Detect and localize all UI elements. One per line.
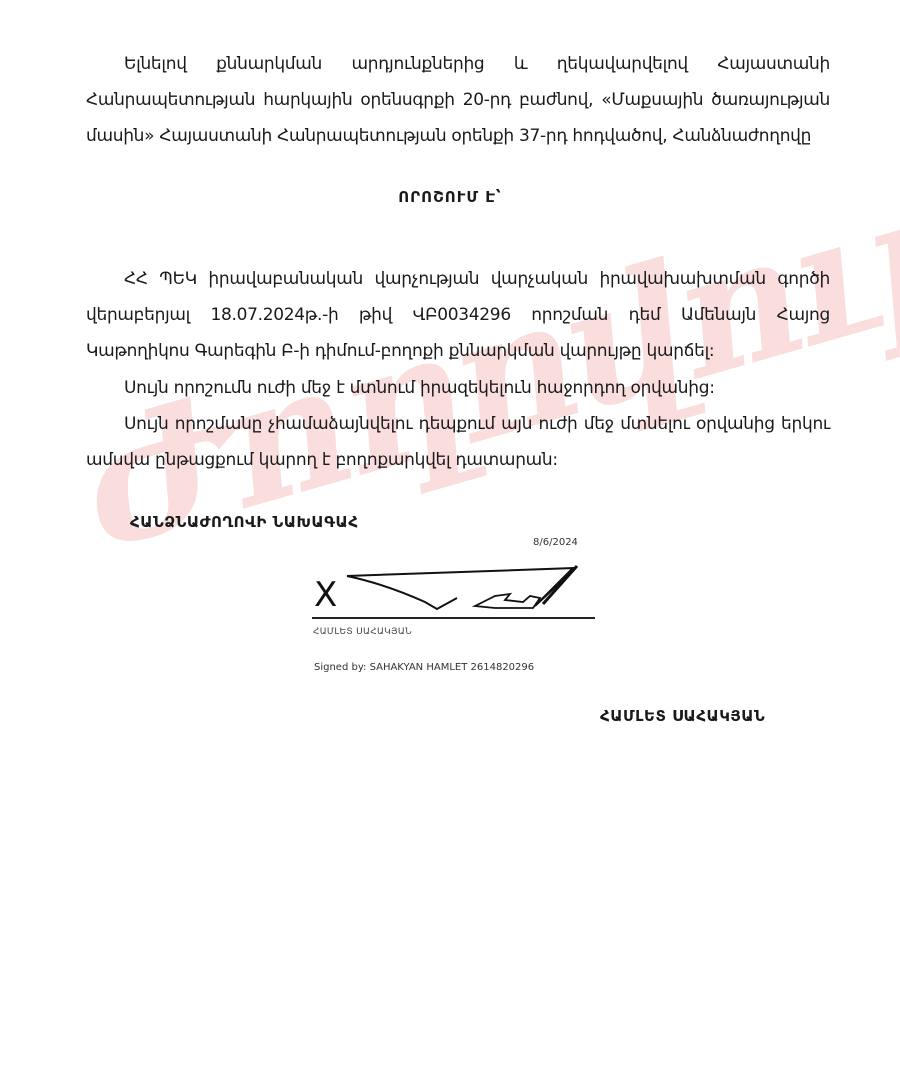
decision-paragraph-1: ՀՀ ՊԵԿ իրավաբանական վարչության վարչական … xyxy=(86,261,830,369)
signer-name: ՀԱՄԼԵՏ ՍԱՀԱԿՅԱՆ xyxy=(600,707,765,725)
signature-x-mark: X xyxy=(314,578,337,612)
chair-title: ՀԱՆՁՆԱԺՈՂՈՎԻ ՆԱԽԱԳԱՀ xyxy=(130,513,359,531)
signature-date: 8/6/2024 xyxy=(533,537,578,548)
document-page: Ժողովուրդ Ելնելով քննարկման արդյունքների… xyxy=(0,0,900,1082)
decision-paragraph-3: Սույն որոշմանը չհամաձայնվելու դեպքում այ… xyxy=(86,406,830,478)
signature-printed-name: ՀԱՄԼԵՏ ՍԱՀԱԿՅԱՆ xyxy=(313,627,412,637)
intro-paragraph: Ելնելով քննարկման արդյունքներից և ղեկավա… xyxy=(86,46,830,154)
decision-paragraph-2: Սույն որոշումն ուժի մեջ է մտնում իրազեկե… xyxy=(86,370,830,406)
decision-heading: ՈՐՈՇՈՒՄ Է՝ xyxy=(0,188,900,206)
digital-signature-info: Signed by: SAHAKYAN HAMLET 2614820296 xyxy=(314,662,534,673)
signature-line xyxy=(312,617,595,619)
handwritten-signature xyxy=(345,562,585,622)
